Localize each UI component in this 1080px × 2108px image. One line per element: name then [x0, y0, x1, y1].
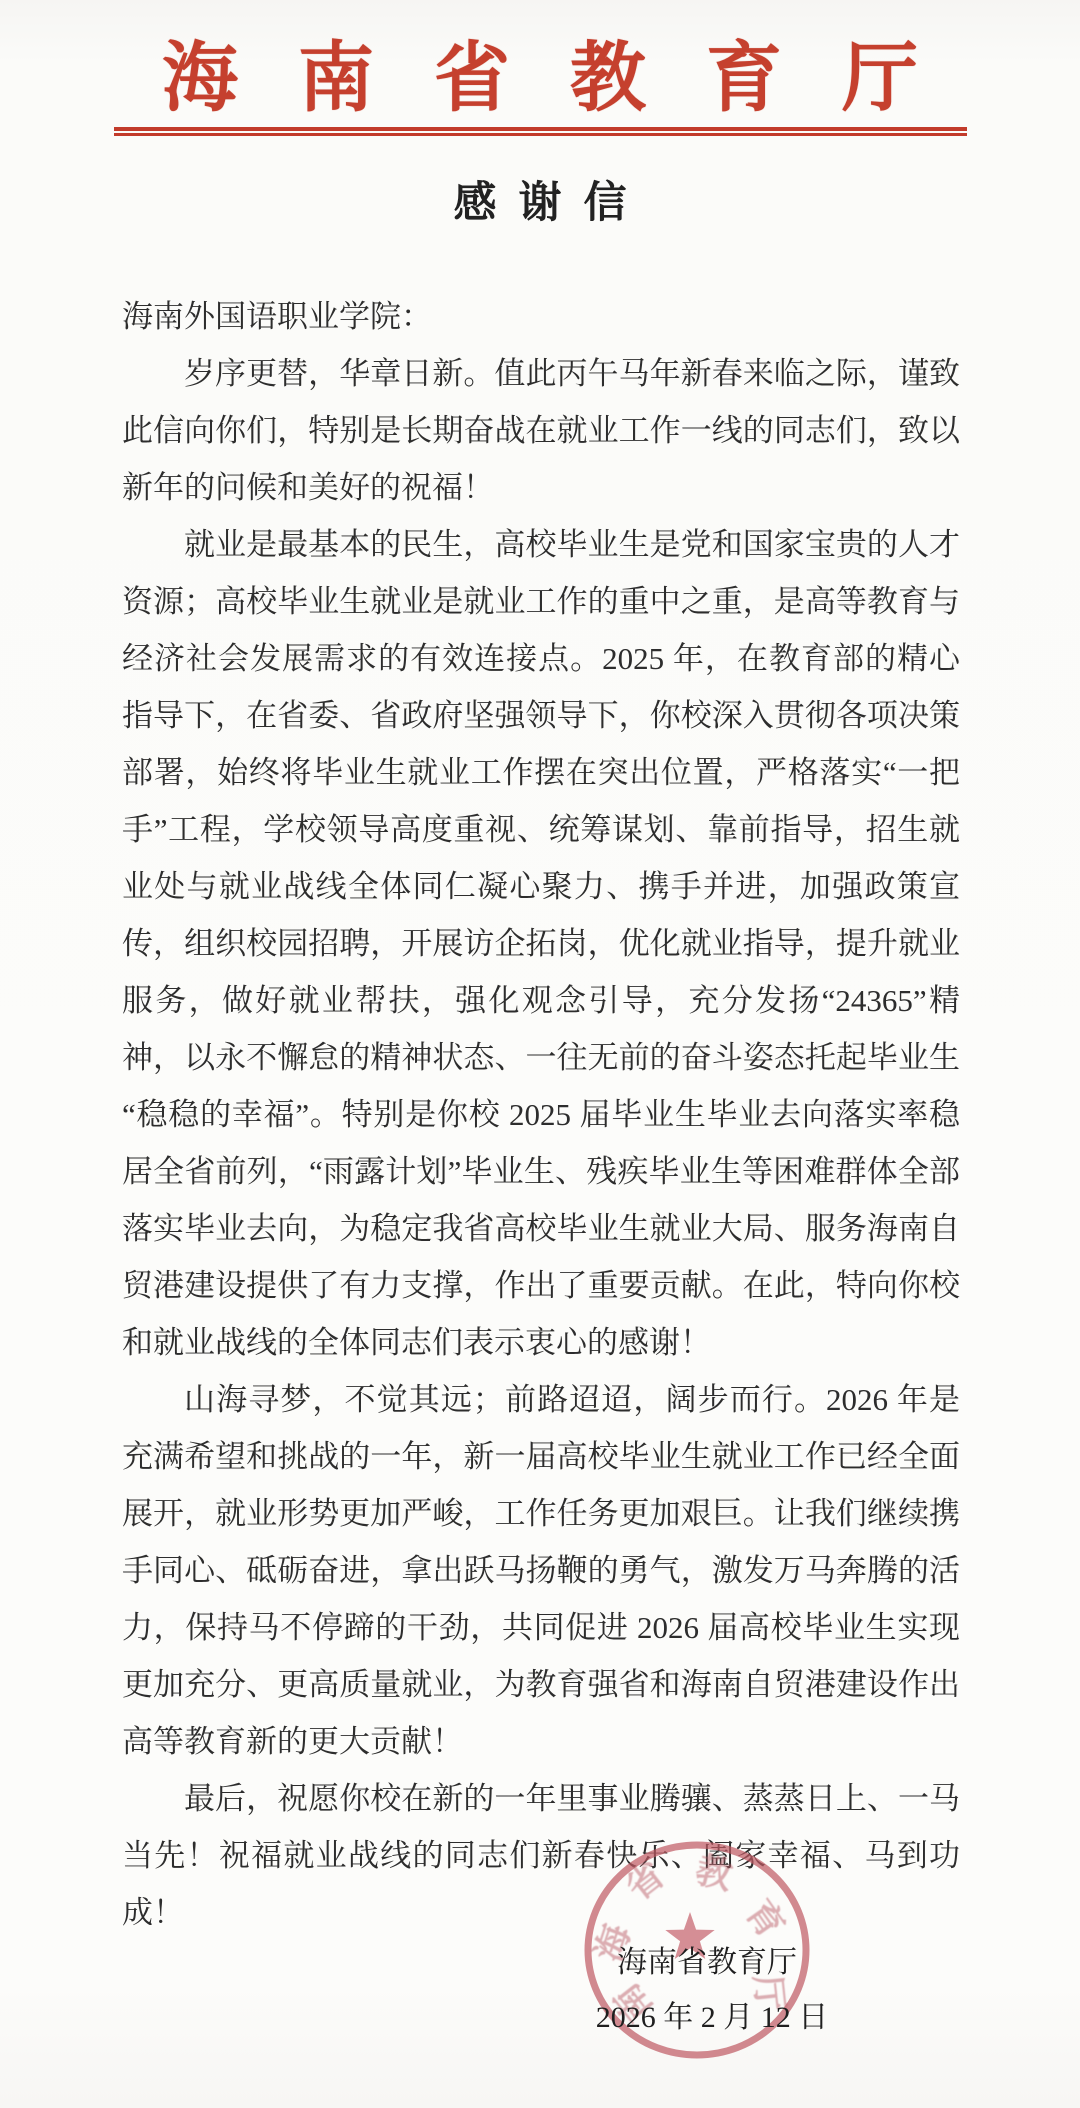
letter-body: 海南外国语职业学院： 岁序更替，华章日新。值此丙午马年新春来临之际，谨致此信向你… — [122, 288, 960, 1941]
signature-date: 2026 年 2 月 12 日 — [540, 1999, 884, 2037]
salutation: 海南外国语职业学院： — [122, 288, 960, 345]
paragraph-2: 就业是最基本的民生，高校毕业生是党和国家宝贵的人才资源；高校毕业生就业是就业工作… — [122, 516, 960, 1371]
letterhead-title: 海南省教育厅 — [0, 36, 1080, 123]
paragraph-1: 岁序更替，华章日新。值此丙午马年新春来临之际，谨致此信向你们，特别是长期奋战在就… — [122, 345, 960, 516]
letterhead-rule — [114, 127, 967, 136]
paragraph-3: 山海寻梦，不觉其远；前路迢迢，阔步而行。2026 年是充满希望和挑战的一年，新一… — [122, 1371, 960, 1770]
letter-page: 海南省教育厅 感谢信 海南外国语职业学院： 岁序更替，华章日新。值此丙午马年新春… — [0, 0, 1080, 2108]
signature-org: 海南省教育厅 — [540, 1944, 874, 1982]
letter-title: 感谢信 — [0, 178, 1080, 230]
paragraph-4: 最后，祝愿你校在新的一年里事业腾骧、蒸蒸日上、一马当先！祝福就业战线的同志们新春… — [122, 1770, 960, 1941]
